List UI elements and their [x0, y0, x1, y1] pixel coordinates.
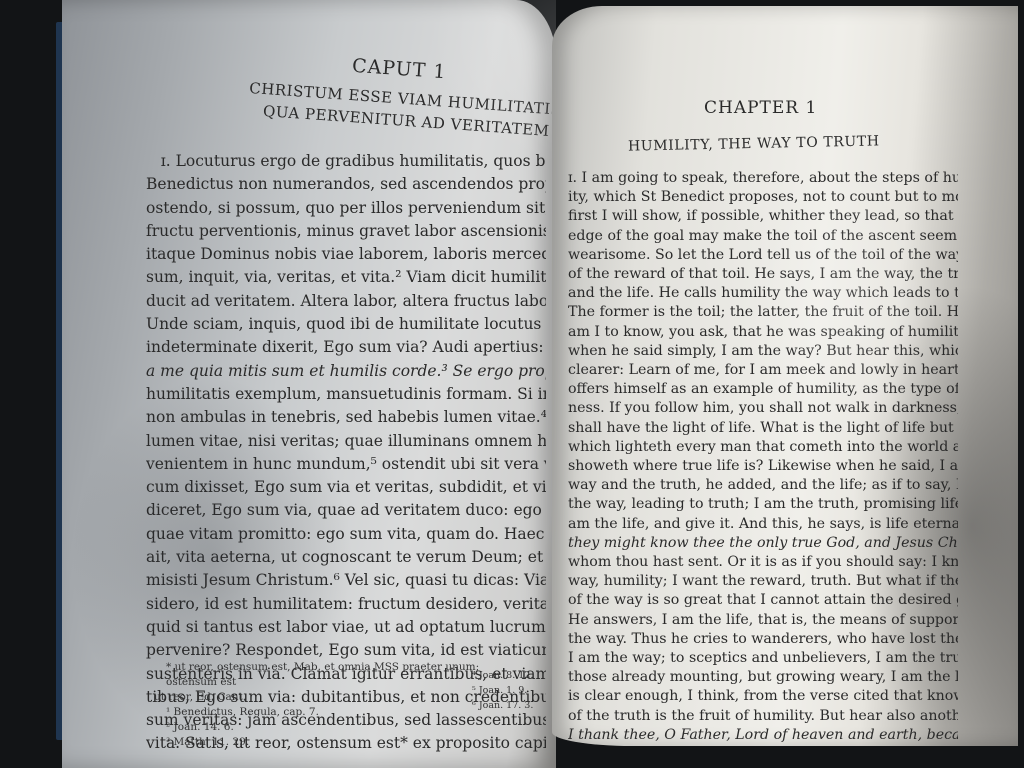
text-line: which lighteth every man that cometh int…: [568, 438, 958, 457]
chapter-heading-english: CHAPTER 1: [704, 98, 817, 118]
chapter-title-latin: CHRISTUM ESSE VIAM HUMILITATIS, QUA PERV…: [226, 75, 556, 144]
footnote: ⁶ Joan. 17. 3.: [472, 698, 552, 713]
text-line: way, humility; I want the reward, truth.…: [568, 572, 958, 591]
text-line: am I to know, you ask, that he was speak…: [568, 323, 958, 342]
footnote: ⁴ Joan. 8. 12.: [472, 668, 552, 683]
text-line: is clear enough, I think, from the verse…: [568, 687, 958, 706]
text-line: ness. If you follow him, you shall not w…: [568, 399, 958, 418]
text-line: lumen vitae, nisi veritas; quae illumina…: [146, 430, 546, 453]
text-line: quae vitam promitto: ego sum vita, quam …: [146, 523, 546, 546]
text-line: first I will show, if possible, whither …: [568, 207, 958, 226]
text-line: a me quia mitis sum et humilis corde.³ S…: [146, 360, 546, 383]
text-line: they might know thee the only true God, …: [568, 534, 958, 553]
english-body-text: ɪ. I am going to speak, therefore, about…: [568, 169, 958, 746]
latin-footnotes: * ut reor, ostensum est, Mab. et omnia M…: [154, 660, 484, 750]
text-line: humilitatis exemplum, mansuetudinis form…: [146, 383, 546, 406]
text-line: when he said simply, I am the way? But h…: [568, 342, 958, 361]
text-line: of the way is so great that I cannot att…: [568, 591, 958, 610]
text-line: non ambulas in tenebris, sed habebis lum…: [146, 406, 546, 429]
footnote: ¹ Benedictus, Regula, cap. 7.: [154, 705, 484, 720]
text-line: cum dixisset, Ego sum via et veritas, su…: [146, 476, 546, 499]
text-line: the way, leading to truth; I am the trut…: [568, 495, 958, 514]
text-line: whom thou hast sent. Or it is as if you …: [568, 553, 958, 572]
latin-footnotes-column-2: ⁴ Joan. 8. 12. ⁵ Joan. 1. 9. ⁶ Joan. 17.…: [472, 668, 552, 713]
text-line: Unde sciam, inquis, quod ibi de humilita…: [146, 313, 546, 336]
footnote: * ut reor, ostensum est, Mab. et omnia M…: [154, 660, 484, 690]
text-line: the way. Thus he cries to wanderers, who…: [568, 630, 958, 649]
text-line: Benedictus non numerandos, sed ascendend…: [146, 173, 546, 196]
right-page-english: CHAPTER 1 HUMILITY, THE WAY TO TRUTH ɪ. …: [552, 6, 1018, 746]
left-page-latin: CAPUT 1 CHRISTUM ESSE VIAM HUMILITATIS, …: [62, 0, 556, 768]
text-line: ducit ad veritatem. Altera labor, altera…: [146, 290, 546, 313]
footnote: ³ Matth. 11. 29.: [154, 735, 484, 750]
chapter-heading-latin: CAPUT 1: [351, 55, 447, 84]
text-line: fructu perventionis, minus gravet labor …: [146, 220, 546, 243]
text-line: of the truth is the fruit of humility. B…: [568, 707, 958, 726]
text-line: and the life. He calls humility the way …: [568, 284, 958, 303]
footnote: ² Joan. 14. 6.: [154, 720, 484, 735]
text-line: The former is the toil; the latter, the …: [568, 303, 958, 322]
text-line: I thank thee, O Father, Lord of heaven a…: [568, 726, 958, 745]
footnote: ⁵ Joan. 1. 9.: [472, 683, 552, 698]
text-line: ity, which St Benedict proposes, not to …: [568, 188, 958, 207]
text-line: He answers, I am the life, that is, the …: [568, 611, 958, 630]
footnote: ut reor, Ed. Cant.: [154, 690, 484, 705]
text-line: sum, inquit, via, veritas, et vita.² Via…: [146, 266, 546, 289]
text-line: diceret, Ego sum via, quae ad veritatem …: [146, 499, 546, 522]
text-line: wearisome. So let the Lord tell us of th…: [568, 246, 958, 265]
text-line: ait, vita aeterna, ut cognoscant te veru…: [146, 546, 546, 569]
text-line: shall have the light of life. What is th…: [568, 419, 958, 438]
text-line: way and the truth, he added, and the lif…: [568, 476, 958, 495]
text-line: venientem in hunc mundum,⁵ ostendit ubi …: [146, 453, 546, 476]
text-line: ostendo, si possum, quo per illos perven…: [146, 197, 546, 220]
text-line: thou hast hid these things, no doubt the…: [568, 745, 958, 746]
text-line: showeth where true life is? Likewise whe…: [568, 457, 958, 476]
text-line: itaque Dominus nobis viae laborem, labor…: [146, 243, 546, 266]
text-line: I am the way; to sceptics and unbeliever…: [568, 649, 958, 668]
text-line: misisti Jesum Christum.⁶ Vel sic, quasi …: [146, 569, 546, 592]
text-line: offers himself as an example of humility…: [568, 380, 958, 399]
text-line: edge of the goal may make the toil of th…: [568, 227, 958, 246]
text-line: of the reward of that toil. He says, I a…: [568, 265, 958, 284]
text-line: those already mounting, but growing wear…: [568, 668, 958, 687]
chapter-title-english: HUMILITY, THE WAY TO TRUTH: [628, 133, 880, 154]
text-line: ɪ. I am going to speak, therefore, about…: [568, 169, 958, 188]
text-line: ɪ. Locuturus ergo de gradibus humilitati…: [146, 150, 546, 173]
text-line: indeterminate dixerit, Ego sum via? Audi…: [146, 336, 546, 359]
text-line: clearer: Learn of me, for I am meek and …: [568, 361, 958, 380]
text-line: quid si tantus est labor viae, ut ad opt…: [146, 616, 546, 639]
text-line: sidero, id est humilitatem: fructum desi…: [146, 593, 546, 616]
text-line: am the life, and give it. And this, he s…: [568, 515, 958, 534]
